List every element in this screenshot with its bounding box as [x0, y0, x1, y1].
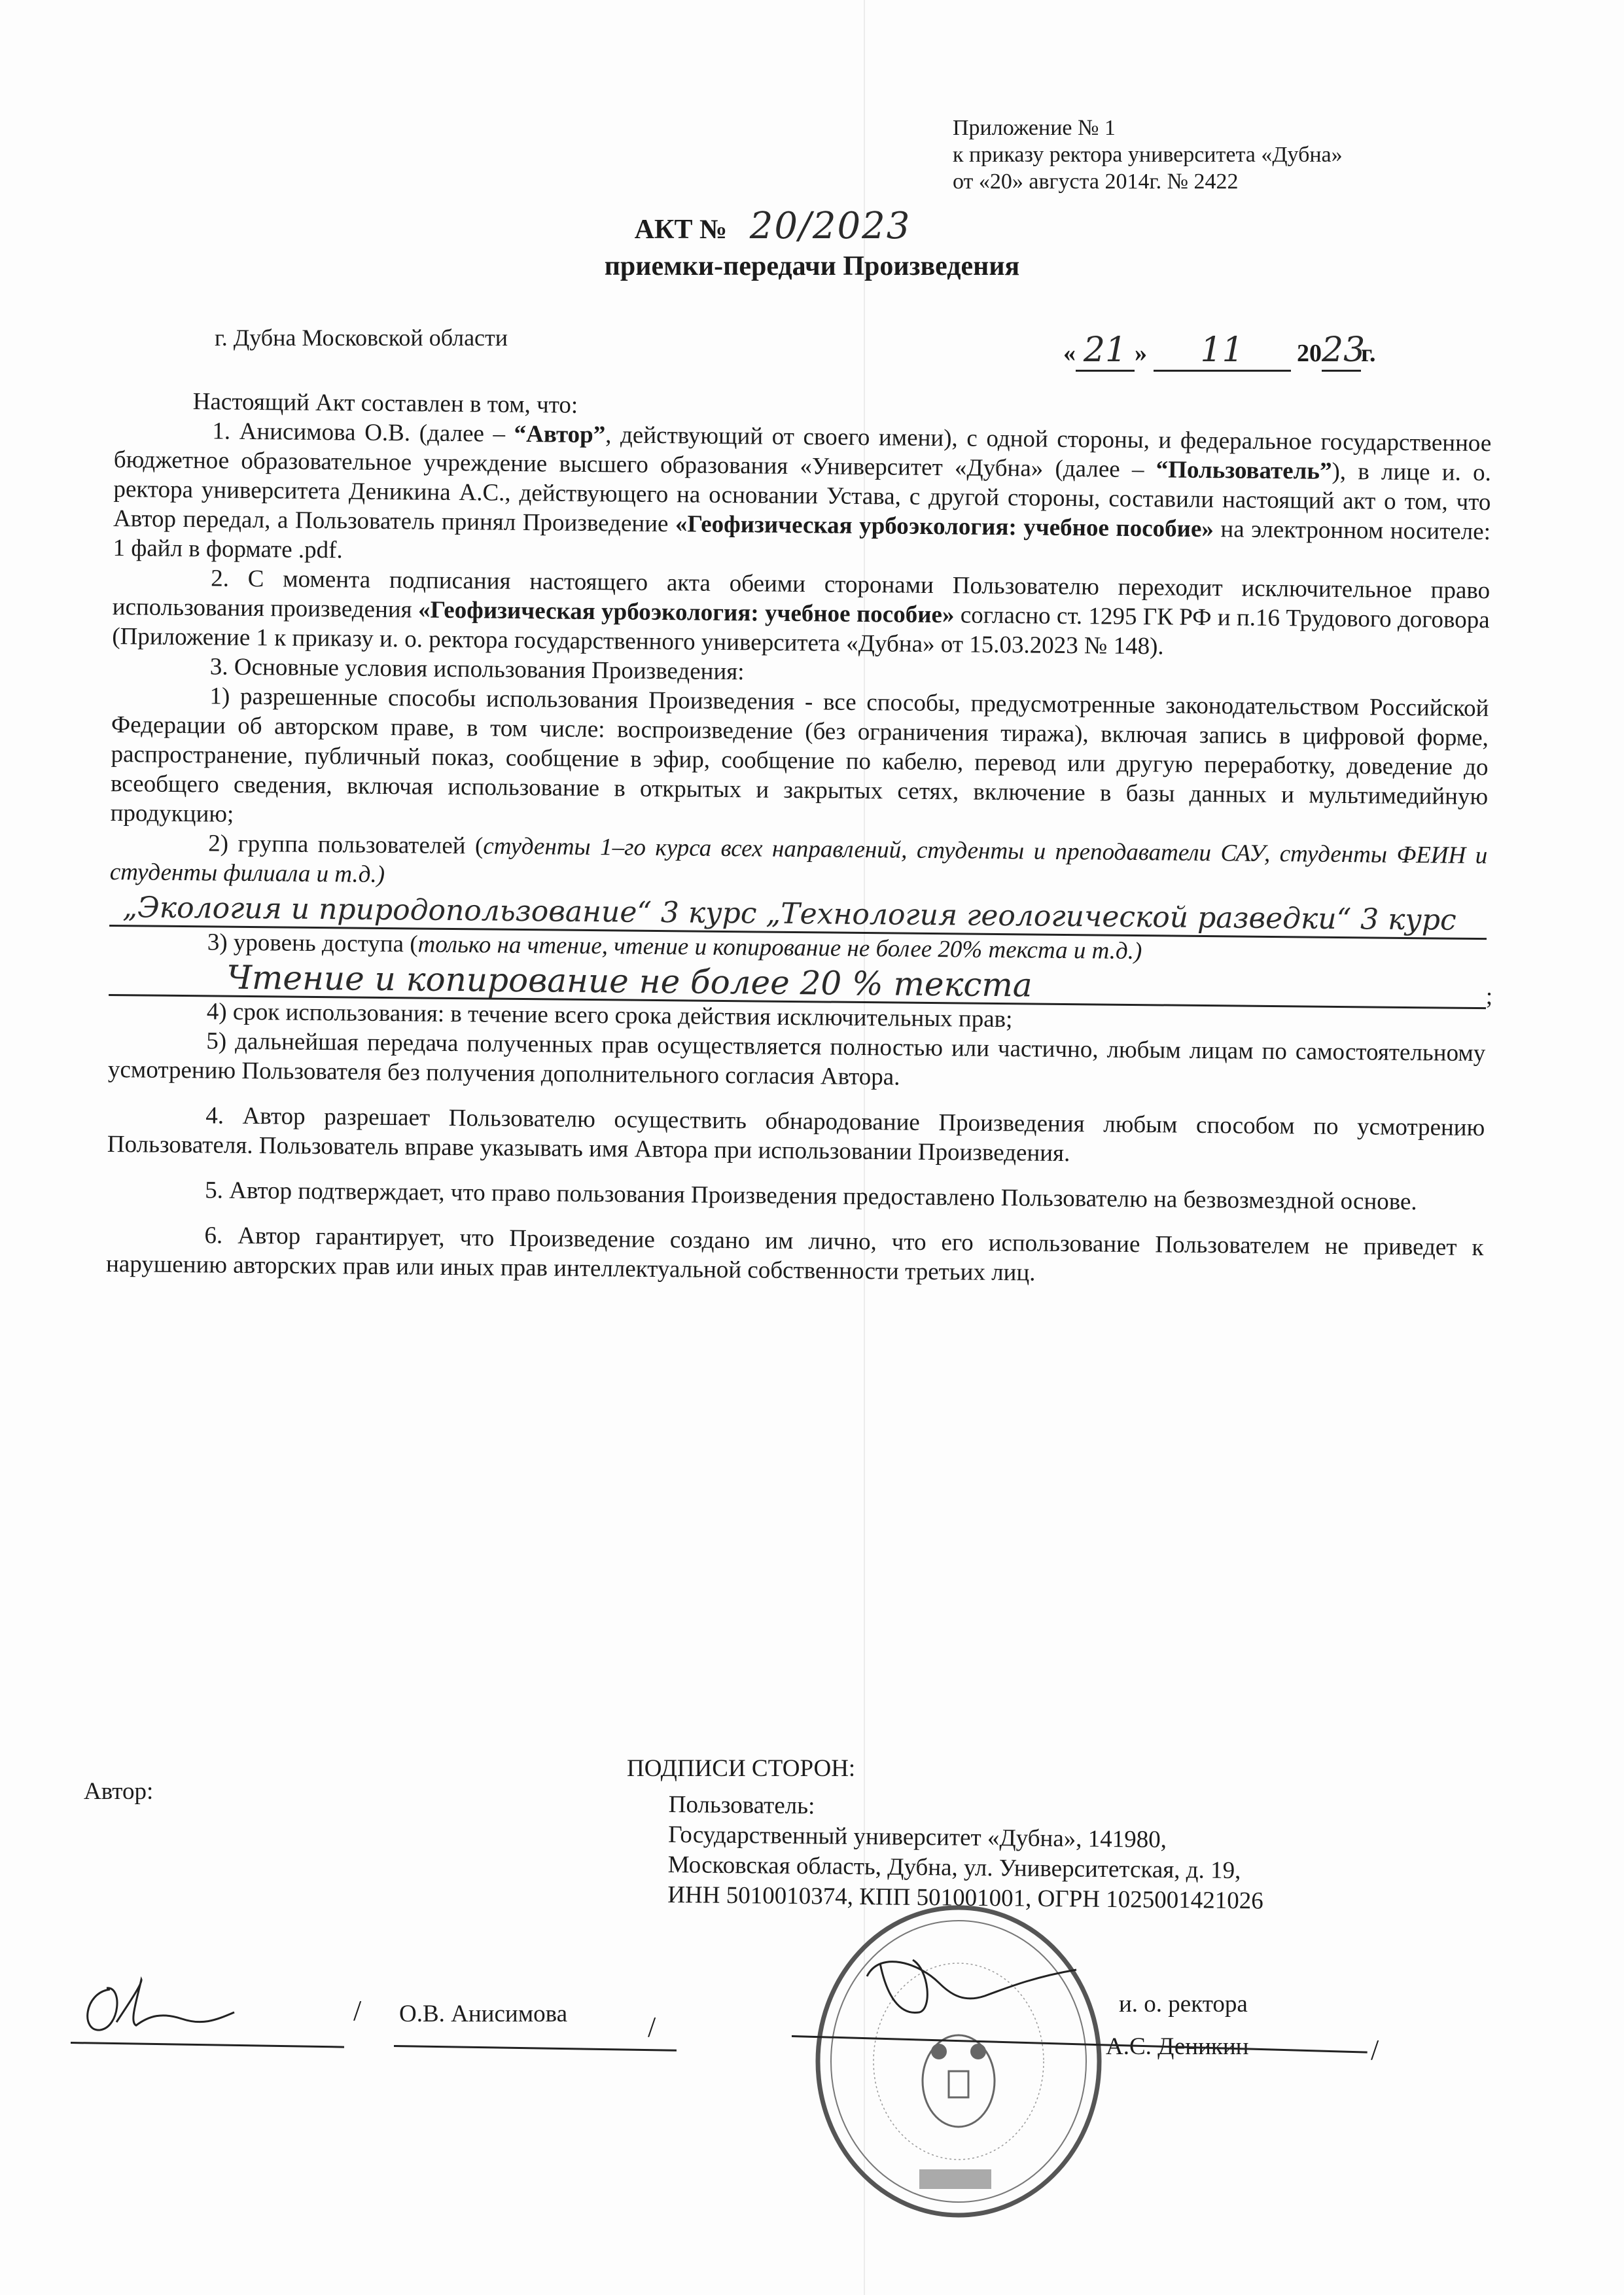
author-signature-line — [71, 2042, 344, 2048]
signatures-heading: ПОДПИСИ СТОРОН: — [627, 1754, 855, 1784]
author-signature-icon — [71, 1976, 345, 2035]
university-seal-icon — [788, 1898, 1129, 2225]
document-page: Приложение № 1 к приказу ректора универс… — [0, 0, 1624, 2295]
author-label: Автор: — [84, 1777, 153, 1807]
signatures-section: ПОДПИСИ СТОРОН: Автор: Пользователь: Гос… — [0, 0, 1624, 2295]
author-name: О.В. Анисимова — [399, 1999, 567, 2029]
author-name-line — [394, 2045, 677, 2052]
rector-title: и. о. ректора — [1119, 1989, 1248, 2019]
